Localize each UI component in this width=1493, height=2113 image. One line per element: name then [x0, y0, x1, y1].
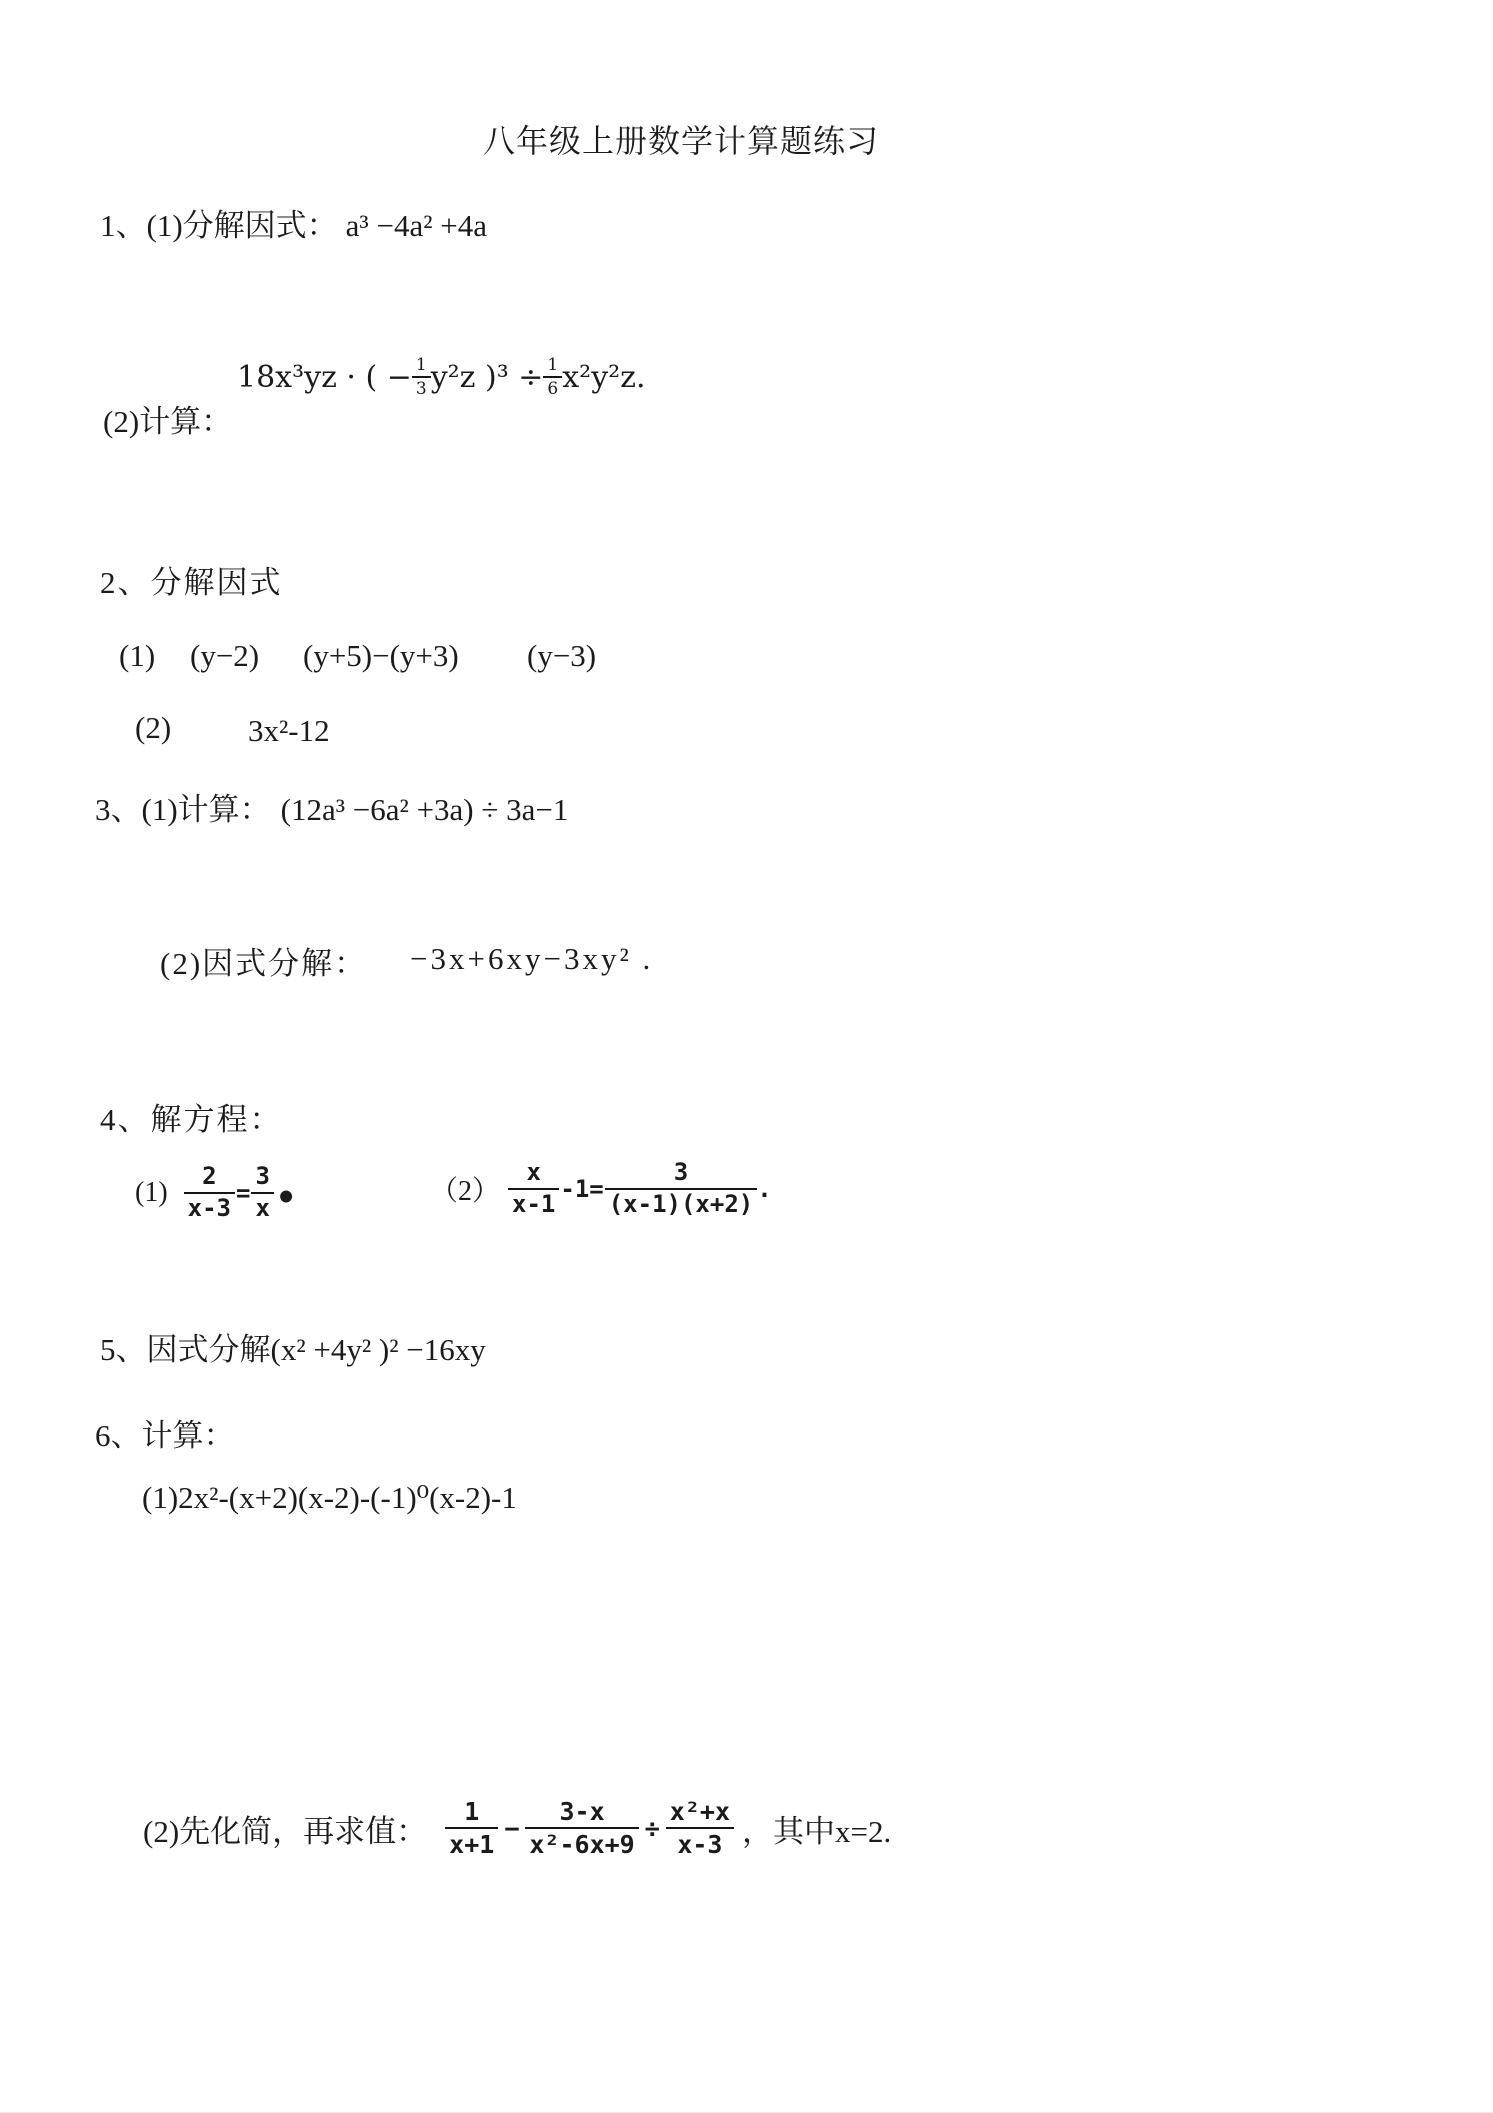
fraction-numerator: 3: [605, 1160, 758, 1190]
problem-1-part-1: 1、(1)分解因式：a³ −4a² +4a: [100, 200, 487, 245]
fraction-denominator: x+1: [445, 1829, 498, 1858]
fraction-numerator: 2: [184, 1164, 235, 1194]
period: .: [757, 1175, 771, 1203]
fraction-denominator: x-1: [508, 1190, 559, 1218]
formula-tail: x²y²z.: [562, 360, 645, 395]
fraction-x-over-x-minus-1: x x-1: [508, 1160, 559, 1218]
minus-one-equals: -1=: [559, 1175, 604, 1203]
fraction-denominator: (x-1)(x+2): [605, 1190, 758, 1218]
equals-sign: =: [235, 1179, 251, 1207]
problem-2-item-2-label: (2): [135, 710, 171, 746]
fraction-x-squared-plus-x-over-x-minus-3: x²+x x-3: [666, 1798, 734, 1858]
problem-1-part-2-label: (2)计算：: [103, 396, 232, 441]
problem-6-heading: 6、计算：: [95, 1410, 235, 1455]
fraction-one-sixth: 1 6: [543, 356, 562, 399]
formula-mid: y²z )³ ÷: [431, 360, 544, 395]
problem-6-item-1: (1)2x²-(x+2)(x-2)-(-1)⁰(x-2)-1: [142, 1480, 517, 1516]
problem-4-heading: 4、解方程：: [100, 1094, 283, 1139]
fraction-denominator: 3: [412, 378, 431, 398]
fraction-denominator: x: [251, 1194, 273, 1222]
fraction-3-minus-x-over-quadratic: 3-x x²-6x+9: [525, 1798, 638, 1858]
fraction-3-over-product: 3 (x-1)(x+2): [605, 1160, 758, 1218]
problem-2-heading: 2、分解因式: [100, 557, 283, 602]
fraction-denominator: x-3: [184, 1194, 235, 1222]
problem-1-part-1-label: 1、(1)分解因式：: [100, 208, 338, 243]
fraction-numerator: x²+x: [666, 1798, 734, 1829]
problem-3-part-1-expression: (12a³ −6a² +3a) ÷ 3a−1: [281, 792, 569, 827]
page-title: 八年级上册数学计算题练习: [483, 116, 879, 162]
fraction-numerator: 1: [543, 356, 562, 378]
fraction-numerator: 1: [445, 1798, 498, 1829]
condition-text: ，其中x=2.: [742, 1806, 891, 1851]
problem-6-item-2-label: (2)先化简，再求值：: [143, 1806, 427, 1851]
fraction-denominator: x-3: [666, 1829, 734, 1858]
fraction-2-over-x-minus-3: 2 x-3: [184, 1164, 235, 1222]
fraction-numerator: 3: [251, 1164, 273, 1194]
equation-1-label: (1): [135, 1177, 168, 1209]
problem-3-part-2-expression: −3x+6xy−3xy² .: [410, 941, 653, 977]
fraction-3-over-x: 3 x: [251, 1164, 273, 1222]
problem-5: 5、因式分解(x² +4y² )² −16xy: [100, 1324, 486, 1369]
problem-3-part-1-label: 3、(1)计算：: [95, 792, 271, 827]
problem-2-item-1-term-2: (y+5)−(y+3): [303, 638, 459, 674]
fraction-denominator: x²-6x+9: [525, 1829, 638, 1858]
problem-2-item-1-term-1: (y−2): [190, 638, 259, 674]
problem-6-item-2: (2)先化简，再求值： 1 x+1 − 3-x x²-6x+9 ÷ x²+x x…: [143, 1798, 891, 1858]
fraction-denominator: 6: [543, 378, 562, 398]
fraction-1-over-x-plus-1: 1 x+1: [445, 1798, 498, 1858]
worksheet-page: 八年级上册数学计算题练习 1、(1)分解因式：a³ −4a² +4a (2)计算…: [0, 0, 1493, 2113]
fraction-numerator: x: [508, 1160, 559, 1190]
fraction-one-third: 1 3: [412, 356, 431, 399]
problem-4-equation-1: (1) 2 x-3 = 3 x •: [135, 1164, 296, 1222]
problem-2-item-1-label: (1): [119, 638, 155, 674]
problem-4-equation-2: （2） x x-1 -1= 3 (x-1)(x+2) .: [430, 1160, 772, 1218]
minus-operator: −: [504, 1814, 519, 1843]
problem-1-part-1-expression: a³ −4a² +4a: [346, 208, 487, 243]
problem-2-item-1-term-3: (y−3): [527, 638, 596, 674]
problem-3-part-2-label: (2)因式分解：: [160, 938, 367, 983]
formula-lead: 18x³yz · ( −: [237, 360, 412, 395]
problem-1-part-2-formula: 18x³yz · ( − 1 3 y²z )³ ÷ 1 6 x²y²z.: [237, 356, 646, 399]
problem-3-part-1: 3、(1)计算：(12a³ −6a² +3a) ÷ 3a−1: [95, 784, 568, 829]
division-operator: ÷: [645, 1814, 660, 1843]
fraction-numerator: 1: [412, 356, 431, 378]
equation-2-label: （2）: [430, 1169, 500, 1209]
fraction-numerator: 3-x: [525, 1798, 638, 1829]
problem-2-item-2-expression: 3x²-12: [248, 713, 330, 749]
